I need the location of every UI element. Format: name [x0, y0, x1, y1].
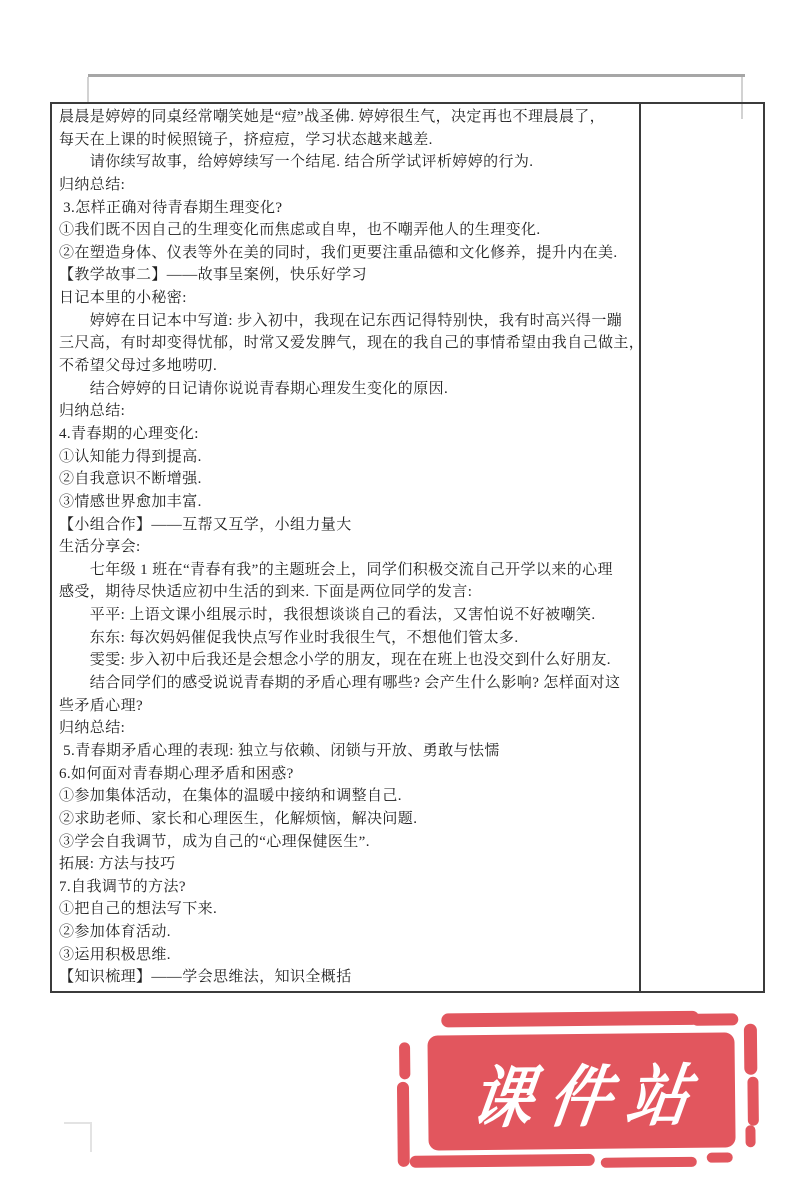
lesson-content-cell: 晨晨是婷婷的同桌经常嘲笑她是“痘”战圣佛. 婷婷很生气，决定再也不理晨晨了，每天… — [52, 104, 641, 991]
text-line: 每天在上课的时候照镜子，挤痘痘，学习状态越来越差. — [59, 129, 634, 152]
text-line: 平平: 上语文课小组展示时，我很想谈谈自己的看法，又害怕说不好被嘲笑. — [59, 604, 634, 627]
text-line: 【教学故事二】——故事呈案例，快乐好学习 — [59, 264, 634, 287]
text-line: 6.如何面对青春期心理矛盾和困惑? — [59, 763, 634, 786]
text-line: 5.青春期矛盾心理的表现: 独立与依赖、闭锁与开放、勇敢与怯懦 — [59, 740, 634, 763]
text-line: 归纳总结: — [59, 174, 634, 197]
text-line: 请你续写故事，给婷婷续写一个结尾. 结合所学试评析婷婷的行为. — [59, 151, 634, 174]
text-line: 七年级 1 班在“青春有我”的主题班会上，同学们积极交流自己开学以来的心理 — [59, 559, 634, 582]
text-line: ①我们既不因自己的生理变化而焦虑或自卑，也不嘲弄他人的生理变化. — [59, 219, 634, 242]
stamp-body: 课件站 — [427, 1032, 735, 1150]
text-line: 【知识梳理】——学会思维法，知识全概括 — [59, 966, 634, 989]
text-line: ①认知能力得到提高. — [59, 446, 634, 469]
text-line: 3.怎样正确对待青春期生理变化? — [59, 197, 634, 220]
text-line: ③运用积极思维. — [59, 944, 634, 967]
text-line: ③情感世界愈加丰富. — [59, 491, 634, 514]
text-line: ②在塑造身体、仪表等外在美的同时，我们更要注重品德和文化修养，提升内在美. — [59, 242, 634, 265]
text-line: 结合婷婷的日记请你说说青春期心理发生变化的原因. — [59, 378, 634, 401]
text-line: 【小组合作】——互帮又互学，小组力量大 — [59, 514, 634, 537]
text-line: 4.青春期的心理变化: — [59, 423, 634, 446]
text-line: ③学会自我调节，成为自己的“心理保健医生”. — [59, 831, 634, 854]
stamp-text: 课件站 — [450, 1042, 713, 1141]
empty-side-column — [641, 104, 763, 991]
text-line: 感受，期待尽快适应初中生活的到来. 下面是两位同学的发言: — [59, 581, 634, 604]
text-line: 归纳总结: — [59, 400, 634, 423]
text-line: 三尺高，有时却变得忧郁，时常又爱发脾气，现在的我自己的事情希望由我自己做主， — [59, 332, 634, 355]
text-line: 生活分享会: — [59, 536, 634, 559]
text-line: 归纳总结: — [59, 717, 634, 740]
text-line: 雯雯: 步入初中后我还是会想念小学的朋友，现在在班上也没交到什么好朋友. — [59, 649, 634, 672]
text-line: 东东: 每次妈妈催促我快点写作业时我很生气，不想他们管太多. — [59, 627, 634, 650]
text-line: ②自我意识不断增强. — [59, 468, 634, 491]
text-line: ①参加集体活动，在集体的温暖中接纳和调整自己. — [59, 785, 634, 808]
text-line: 晨晨是婷婷的同桌经常嘲笑她是“痘”战圣佛. 婷婷很生气，决定再也不理晨晨了， — [59, 106, 634, 129]
lesson-plan-table: 晨晨是婷婷的同桌经常嘲笑她是“痘”战圣佛. 婷婷很生气，决定再也不理晨晨了，每天… — [50, 102, 765, 993]
text-line: 日记本里的小秘密: — [59, 287, 634, 310]
margin-mark-bottom-left-h — [64, 1122, 92, 1124]
text-line: 拓展: 方法与技巧 — [59, 853, 634, 876]
kejianzhan-stamp: 课件站 — [392, 1002, 769, 1174]
text-line: 7.自我调节的方法? — [59, 876, 634, 899]
margin-mark-top-left — [87, 77, 89, 103]
text-line: ②参加体育活动. — [59, 921, 634, 944]
margin-top-rule — [88, 74, 745, 77]
text-line: 不希望父母过多地唠叨. — [59, 355, 634, 378]
text-line: ①把自己的想法写下来. — [59, 898, 634, 921]
text-line: 些矛盾心理? — [59, 695, 634, 718]
text-line: 结合同学们的感受说说青春期的矛盾心理有哪些? 会产生什么影响? 怎样面对这 — [59, 672, 634, 695]
margin-mark-bottom-left-v — [90, 1122, 92, 1152]
text-line: 婷婷在日记本中写道: 步入初中，我现在记东西记得特别快，我有时高兴得一蹦 — [59, 310, 634, 333]
text-line: ②求助老师、家长和心理医生，化解烦恼，解决问题. — [59, 808, 634, 831]
